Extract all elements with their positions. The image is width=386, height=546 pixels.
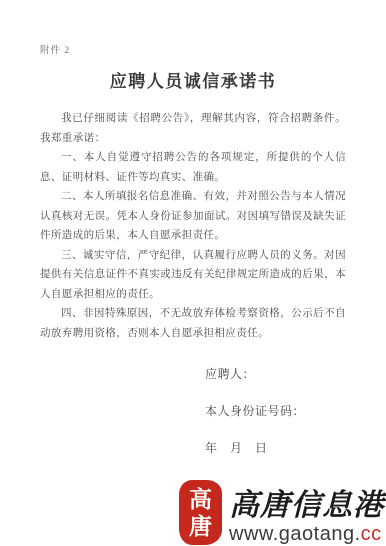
page-title: 应聘人员诚信承诺书 bbox=[40, 67, 346, 92]
signature-block: 应聘人： 本人身份证号码： 年 月 日 bbox=[205, 364, 346, 458]
paragraph-item-1: 一、本人自觉遵守招聘公告的各项规定，所提供的个人信息、证明材料、证件等均真实、准… bbox=[40, 148, 346, 187]
site-url-suffix: cc bbox=[361, 523, 382, 545]
site-text: 高唐信息港 www.gaotang.cc bbox=[229, 490, 384, 546]
site-url: www.gaotang.cc bbox=[229, 522, 384, 546]
date-label: 年 月 日 bbox=[205, 438, 346, 458]
document-page: 附件 2 应聘人员诚信承诺书 我已仔细阅读《招聘公告》，理解其内容，符合招聘条件… bbox=[0, 0, 386, 546]
site-url-main: www.gaotang. bbox=[229, 523, 361, 545]
seal-char-top: 高 bbox=[189, 486, 212, 513]
paragraph-item-4: 四、非因特殊原因，不无故放弃体检考察资格，公示后不自动放弃聘用资格，否则本人自愿… bbox=[40, 304, 346, 343]
site-name: 高唐信息港 bbox=[229, 490, 384, 522]
paragraph-intro: 我已仔细阅读《招聘公告》，理解其内容，符合招聘条件。我郑重承诺： bbox=[40, 109, 346, 148]
seal-char-bottom: 唐 bbox=[189, 513, 212, 540]
applicant-label: 应聘人： bbox=[205, 364, 346, 384]
attachment-label: 附件 2 bbox=[40, 42, 346, 56]
paragraph-item-2: 二、本人所填报名信息准确、有效，并对照公告与本人情况认真核对无误。凭本人身份证参… bbox=[40, 187, 346, 246]
site-watermark: 高 唐 高唐信息港 www.gaotang.cc bbox=[179, 480, 384, 546]
document-body: 我已仔细阅读《招聘公告》，理解其内容，符合招聘条件。我郑重承诺： 一、本人自觉遵… bbox=[40, 109, 346, 343]
gaotang-seal-logo: 高 唐 bbox=[179, 480, 222, 545]
paragraph-item-3: 三、诚实守信，严守纪律，认真履行应聘人员的义务。对因提供有关信息证件不真实或违反… bbox=[40, 246, 346, 305]
id-number-label: 本人身份证号码： bbox=[205, 401, 346, 421]
